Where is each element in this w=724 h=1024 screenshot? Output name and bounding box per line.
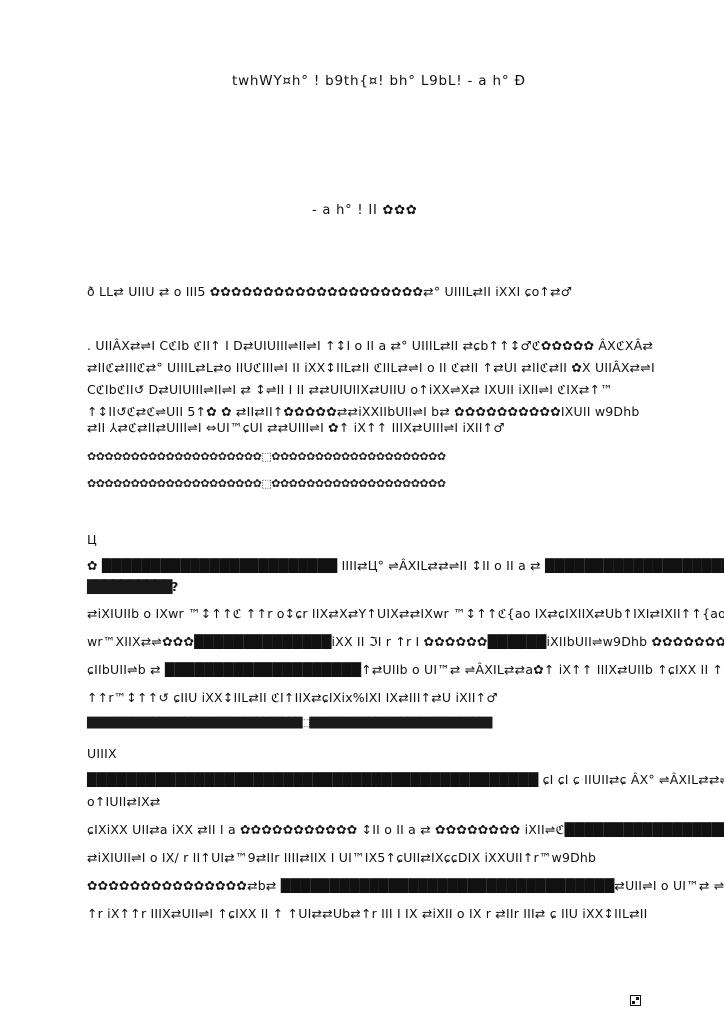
section-line: ⇄iXIUII⇌I o IX/ r II↑UI⇄™9⇄IIr IIII⇄IIX … (87, 850, 596, 866)
separator-line: █████████████████████████████████⬚██████… (87, 716, 491, 732)
section-line: o↑IUII⇄IX⇄ (87, 794, 161, 810)
section-line: wr™XIIX⇄⇌✿✿✿██████████████iXX II ℑI r ↑r… (87, 634, 724, 650)
document-page: twhWY¤h° ! b9th{¤! bh° L9bL! - a h° Ð - … (0, 0, 724, 1024)
paragraph-line: ↑↕II↺ℭ⇄ℭ⇌UII 5↑✿ ✿ ⇄II⇄II↑✿✿✿✿✿⇄⇄iXXIIbU… (87, 404, 640, 420)
paragraph-line: . UIIÂX⇄⇌I CℭIb ℭII↑ I D⇄UIUIII⇌II⇌I ↑↕I… (87, 338, 653, 354)
intro-line: ð LL⇄ UIIU ⇄ o III5 ✿✿✿✿✿✿✿✿✿✿✿✿✿✿✿✿✿✿✿✿… (87, 284, 572, 300)
document-subtitle: - a h° ! II ✿✿✿ (312, 203, 418, 219)
section-line: ɕIIbUII⇌b ⇄ ████████████████████↑⇄UIIb o… (87, 662, 724, 678)
section-line: ██████████? (87, 579, 177, 595)
section-line: ✿ ████████████████████████ IIII⇄Ц° ⇌ÂXIL… (87, 558, 724, 574)
separator-line: ✿✿✿✿✿✿✿✿✿✿✿✿✿✿✿✿✿✿✿✿⬚✿✿✿✿✿✿✿✿✿✿✿✿✿✿✿✿✿✿✿… (87, 449, 446, 465)
section-line: ████████████████████████████████████████… (87, 772, 724, 788)
page-number-icon (630, 995, 641, 1006)
paragraph-line: ⇄II ⅄⇄ℭ⇄II⇄UIII⇌I ⇔UI™ɕUI ⇄⇄UIII⇌I ✿↑ iX… (87, 420, 505, 436)
separator-line: ✿✿✿✿✿✿✿✿✿✿✿✿✿✿✿✿✿✿✿✿⬚✿✿✿✿✿✿✿✿✿✿✿✿✿✿✿✿✿✿✿… (87, 476, 446, 492)
section-line: ɕIXiXX UII⇄a iXX ⇄II I a ✿✿✿✿✿✿✿✿✿✿✿ ↕II… (87, 822, 724, 838)
section-line: ✿✿✿✿✿✿✿✿✿✿✿✿✿✿✿⇄b⇄ █████████████████████… (87, 878, 724, 894)
section-line: ↑r iX↑↑r IIIX⇄UII⇌I ↑ɕIXX II ↑ ↑UI⇄⇄Ub⇄↑… (87, 906, 648, 922)
section-line: ↑↑r™↕↑↑↺ ɕIIU iXX↕IIL⇄II ℭI↑IIX⇄ɕIXix%IX… (87, 690, 498, 706)
section-label: UIIIX (87, 746, 117, 762)
document-title: twhWY¤h° ! b9th{¤! bh° L9bL! - a h° Ð (232, 73, 526, 89)
paragraph-line: ⇄IIℭ⇄IIIℭ⇄° UIIIL⇄L⇄o IIUℭIII⇌I II iXX↕I… (87, 360, 655, 376)
section-label: Ц (87, 532, 97, 548)
section-line: ⇄iXIUIIb o IXwr ™↕↑↑ℭ ↑↑r o↕ɕr IIX⇄X⇄Y↑U… (87, 606, 724, 622)
paragraph-line: CℭIbℭII↺ D⇄UIUIII⇌II⇌I ⇄ ↕⇌II I II ⇄⇄UIU… (87, 382, 613, 398)
